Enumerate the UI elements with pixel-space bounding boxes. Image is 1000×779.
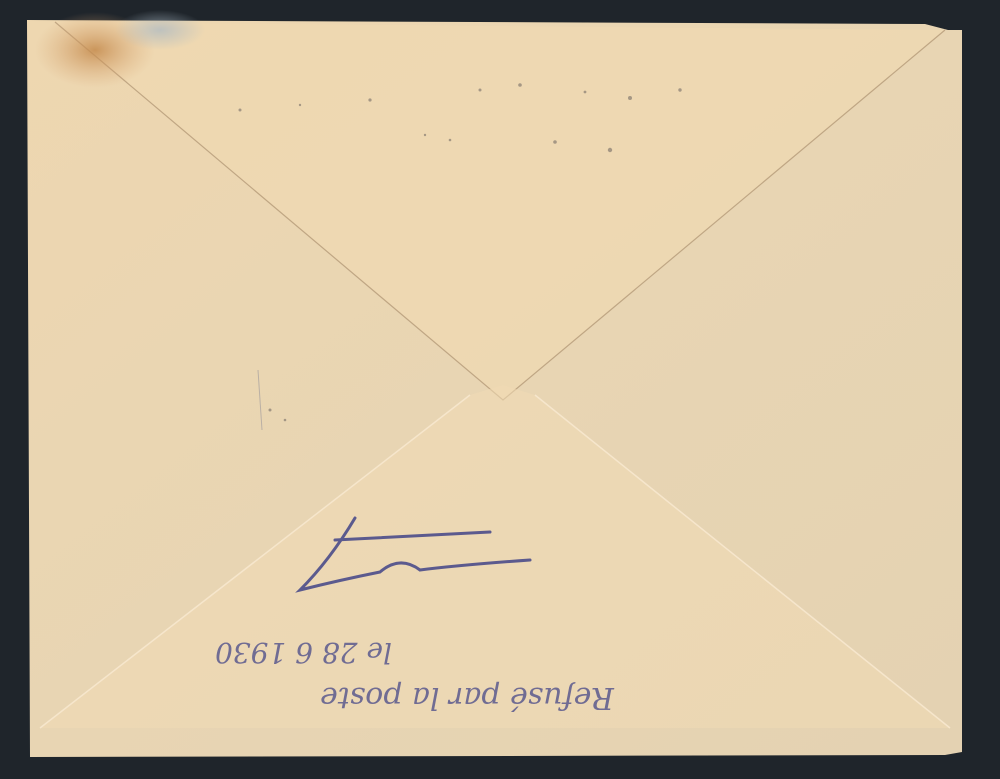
handwritten-date: le 28 6 1930 [215,636,392,669]
handwritten-note: Refusé par la poste [320,680,614,715]
envelope-photo: le 28 6 1930 Refusé par la poste [0,0,1000,779]
envelope-illustration [0,0,1000,779]
